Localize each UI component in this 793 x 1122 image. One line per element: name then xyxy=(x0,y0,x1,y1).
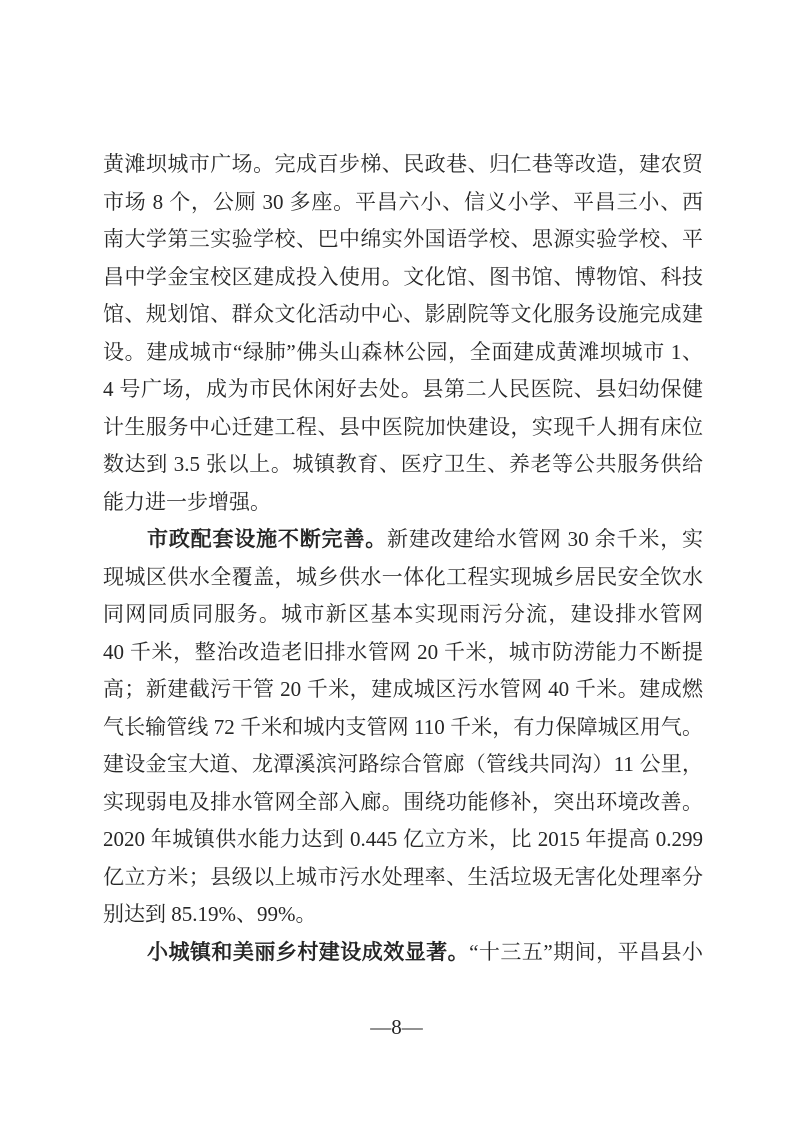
text-line: 40 千米，整治改造老旧排水管网 20 千米，城市防涝能力不断提 xyxy=(103,634,703,672)
text-line: 黄滩坝城市广场。完成百步梯、民政巷、归仁巷等改造，建农贸 xyxy=(103,146,703,184)
text-run: 能力进一步增强。 xyxy=(103,490,271,514)
text-line: 馆、规划馆、群众文化活动中心、影剧院等文化服务设施完成建 xyxy=(103,296,703,334)
document-body: 黄滩坝城市广场。完成百步梯、民政巷、归仁巷等改造，建农贸市场 8 个，公厕 30… xyxy=(103,146,703,971)
text-line: 高；新建截污干管 20 千米，建成城区污水管网 40 千米。建成燃 xyxy=(103,671,703,709)
text-run: 建设金宝大道、龙潭溪滨河路综合管廊（管线共同沟）11 公里， xyxy=(103,752,703,776)
text-run: 高；新建截污干管 20 千米，建成城区污水管网 40 千米。建成燃 xyxy=(103,677,703,701)
text-line: 2020 年城镇供水能力达到 0.445 亿立方米，比 2015 年提高 0.2… xyxy=(103,821,703,859)
text-line: 小城镇和美丽乡村建设成效显著。“十三五”期间，平昌县小 xyxy=(103,934,703,972)
text-run: 黄滩坝城市广场。完成百步梯、民政巷、归仁巷等改造，建农贸 xyxy=(103,152,703,176)
text-line: 昌中学金宝校区建成投入使用。文化馆、图书馆、博物馆、科技 xyxy=(103,259,703,297)
text-run: 新建改建给水管网 30 余千米，实 xyxy=(387,527,703,551)
text-run: 4 号广场，成为市民休闲好去处。县第二人民医院、县妇幼保健 xyxy=(103,377,703,401)
text-line: 市场 8 个，公厕 30 多座。平昌六小、信义小学、平昌三小、西 xyxy=(103,184,703,222)
bold-text-run: 市政配套设施不断完善。 xyxy=(147,527,387,551)
text-run: 昌中学金宝校区建成投入使用。文化馆、图书馆、博物馆、科技 xyxy=(103,265,703,289)
text-line: 设。建成城市“绿肺”佛头山森林公园，全面建成黄滩坝城市 1、2、 xyxy=(103,334,703,372)
text-line: 市政配套设施不断完善。新建改建给水管网 30 余千米，实 xyxy=(103,521,703,559)
text-line: 气长输管线 72 千米和城内支管网 110 千米，有力保障城区用气。 xyxy=(103,709,703,747)
text-line: 亿立方米；县级以上城市污水处理率、生活垃圾无害化处理率分 xyxy=(103,859,703,897)
text-run: 40 千米，整治改造老旧排水管网 20 千米，城市防涝能力不断提 xyxy=(103,640,703,664)
page: 黄滩坝城市广场。完成百步梯、民政巷、归仁巷等改造，建农贸市场 8 个，公厕 30… xyxy=(0,0,793,1122)
text-line: 现城区供水全覆盖，城乡供水一体化工程实现城乡居民安全饮水 xyxy=(103,559,703,597)
document-page: { "page": { "number_label": "—8—", "back… xyxy=(0,0,793,1122)
text-run: 2020 年城镇供水能力达到 0.445 亿立方米，比 2015 年提高 0.2… xyxy=(103,827,703,851)
text-run: 计生服务中心迁建工程、县中医院加快建设，实现千人拥有床位 xyxy=(103,415,703,439)
text-line: 能力进一步增强。 xyxy=(103,484,703,522)
text-run: 同网同质同服务。城市新区基本实现雨污分流，建设排水管网 xyxy=(103,602,703,626)
text-run: 南大学第三实验学校、巴中绵实外国语学校、思源实验学校、平 xyxy=(103,227,703,251)
text-line: 实现弱电及排水管网全部入廊。围绕功能修补，突出环境改善。 xyxy=(103,784,703,822)
text-line: 计生服务中心迁建工程、县中医院加快建设，实现千人拥有床位 xyxy=(103,409,703,447)
text-run: 实现弱电及排水管网全部入廊。围绕功能修补，突出环境改善。 xyxy=(103,790,703,814)
text-run: 设。建成城市“绿肺”佛头山森林公园，全面建成黄滩坝城市 1、2、 xyxy=(103,340,703,372)
text-line: 4 号广场，成为市民休闲好去处。县第二人民医院、县妇幼保健 xyxy=(103,371,703,409)
text-run: 馆、规划馆、群众文化活动中心、影剧院等文化服务设施完成建 xyxy=(103,302,703,326)
text-run: 市场 8 个，公厕 30 多座。平昌六小、信义小学、平昌三小、西 xyxy=(103,190,703,214)
text-run: 气长输管线 72 千米和城内支管网 110 千米，有力保障城区用气。 xyxy=(103,715,703,739)
text-line: 数达到 3.5 张以上。城镇教育、医疗卫生、养老等公共服务供给 xyxy=(103,446,703,484)
text-line: 同网同质同服务。城市新区基本实现雨污分流，建设排水管网 xyxy=(103,596,703,634)
page-number: —8— xyxy=(0,1012,793,1042)
text-line: 建设金宝大道、龙潭溪滨河路综合管廊（管线共同沟）11 公里， xyxy=(103,746,703,784)
text-run: 别达到 85.19%、99%。 xyxy=(103,902,317,926)
text-run: 亿立方米；县级以上城市污水处理率、生活垃圾无害化处理率分 xyxy=(103,865,703,889)
text-line: 南大学第三实验学校、巴中绵实外国语学校、思源实验学校、平 xyxy=(103,221,703,259)
text-run: “十三五”期间，平昌县小 xyxy=(469,940,703,964)
text-run: 数达到 3.5 张以上。城镇教育、医疗卫生、养老等公共服务供给 xyxy=(103,452,703,476)
bold-text-run: 小城镇和美丽乡村建设成效显著。 xyxy=(147,940,469,964)
text-line: 别达到 85.19%、99%。 xyxy=(103,896,703,934)
text-run: 现城区供水全覆盖，城乡供水一体化工程实现城乡居民安全饮水 xyxy=(103,565,703,589)
